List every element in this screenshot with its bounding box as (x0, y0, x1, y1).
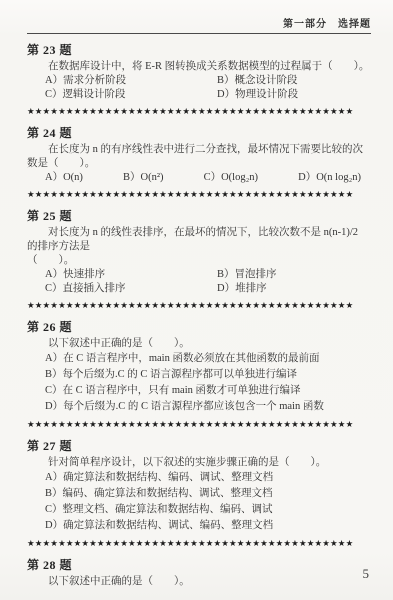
option-b: B）编码、确定算法和数据结构、调试、整理文档 (45, 486, 371, 502)
star-separator: ★★★★★★★★★★★★★★★★★★★★★★★★★★★★★★★★★★★★★★★★… (27, 538, 371, 549)
options-group: A）在 C 语言程序中，main 函数必须放在其他函数的最前面 B）每个后缀为.… (27, 351, 371, 415)
option-b: B）O(n²) (123, 171, 163, 185)
question-title: 第 24 题 (27, 124, 371, 141)
question-stem-continued: （ ）。 (27, 254, 371, 268)
page-header: 第一部分 选择题 (27, 0, 371, 34)
section-label: 第一部分 选择题 (283, 19, 371, 30)
option-a: A）O(n) (45, 171, 83, 185)
option-d: D）O(n log₂n) (298, 171, 361, 185)
star-separator: ★★★★★★★★★★★★★★★★★★★★★★★★★★★★★★★★★★★★★★★★… (27, 106, 371, 117)
question-block-26: 第 26 题 以下叙述中正确的是（ ）。 A）在 C 语言程序中，main 函数… (27, 318, 371, 415)
question-block-23: 第 23 题 在数据库设计中，将 E-R 图转换成关系数据模型的过程属于（ ）。… (27, 41, 371, 102)
question-stem: 以下叙述中正确的是（ ）。 (27, 575, 371, 589)
question-block-28: 第 28 题 以下叙述中正确的是（ ）。 (27, 556, 371, 589)
question-title: 第 25 题 (27, 207, 371, 224)
option-a: A）在 C 语言程序中，main 函数必须放在其他函数的最前面 (45, 351, 371, 367)
option-d: D）物理设计阶段 (217, 88, 371, 102)
question-title: 第 28 题 (27, 556, 371, 573)
question-title: 第 23 题 (27, 41, 371, 58)
page-number: 5 (363, 566, 370, 582)
option-c: C）逻辑设计阶段 (45, 88, 217, 102)
option-b: B）概念设计阶段 (217, 74, 371, 88)
options-group: A）需求分析阶段 B）概念设计阶段 C）逻辑设计阶段 D）物理设计阶段 (27, 74, 371, 102)
option-d: D）堆排序 (217, 282, 371, 296)
options-group: A）确定算法和数据结构、编码、调试、整理文档 B）编码、确定算法和数据结构、调试… (27, 470, 371, 534)
question-stem: 在数据库设计中，将 E-R 图转换成关系数据模型的过程属于（ ）。 (27, 60, 371, 74)
option-d: D）每个后缀为.C 的 C 语言源程序都应该包含一个 main 函数 (45, 399, 371, 415)
option-c: C）整理文档、确定算法和数据结构、编码、调试 (45, 502, 371, 518)
star-separator: ★★★★★★★★★★★★★★★★★★★★★★★★★★★★★★★★★★★★★★★★… (27, 419, 371, 430)
star-separator: ★★★★★★★★★★★★★★★★★★★★★★★★★★★★★★★★★★★★★★★★… (27, 300, 371, 311)
option-c: C）O(log₂n) (204, 171, 258, 185)
question-title: 第 26 题 (27, 318, 371, 335)
options-group: A）快速排序 B）冒泡排序 C）直接插入排序 D）堆排序 (27, 268, 371, 296)
option-b: B）冒泡排序 (217, 268, 371, 282)
option-c: C）在 C 语言程序中，只有 main 函数才可单独进行编译 (45, 383, 371, 399)
star-separator: ★★★★★★★★★★★★★★★★★★★★★★★★★★★★★★★★★★★★★★★★… (27, 189, 371, 200)
question-block-27: 第 27 题 针对简单程序设计，以下叙述的实施步骤正确的是（ ）。 A）确定算法… (27, 437, 371, 534)
question-title: 第 27 题 (27, 437, 371, 454)
question-stem: 以下叙述中正确的是（ ）。 (27, 337, 371, 351)
option-d: D）确定算法和数据结构、调试、编码、整理文档 (45, 518, 371, 534)
question-stem: 针对简单程序设计，以下叙述的实施步骤正确的是（ ）。 (27, 456, 371, 470)
question-stem: 对长度为 n 的线性表排序，在最坏的情况下，比较次数不是 n(n-1)/2 的排… (27, 226, 371, 254)
option-a: A）需求分析阶段 (45, 74, 217, 88)
option-a: A）确定算法和数据结构、编码、调试、整理文档 (45, 470, 371, 486)
options-group: A）O(n) B）O(n²) C）O(log₂n) D）O(n log₂n) (27, 171, 371, 185)
option-b: B）每个后缀为.C 的 C 语言源程序都可以单独进行编译 (45, 367, 371, 383)
question-stem: 在长度为 n 的有序线性表中进行二分查找，最坏情况下需要比较的次数是（ ）。 (27, 143, 371, 171)
question-block-25: 第 25 题 对长度为 n 的线性表排序，在最坏的情况下，比较次数不是 n(n-… (27, 207, 371, 296)
exam-page: 第一部分 选择题 第 23 题 在数据库设计中，将 E-R 图转换成关系数据模型… (0, 0, 393, 589)
option-c: C）直接插入排序 (45, 282, 217, 296)
option-a: A）快速排序 (45, 268, 217, 282)
question-block-24: 第 24 题 在长度为 n 的有序线性表中进行二分查找，最坏情况下需要比较的次数… (27, 124, 371, 185)
